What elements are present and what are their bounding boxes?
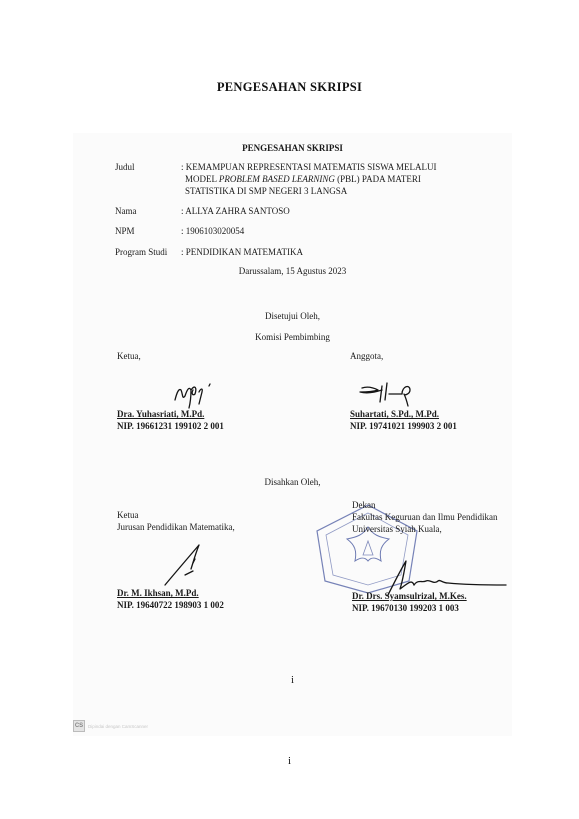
camscanner-logo-icon: CS <box>73 720 85 732</box>
committee: Komisi Pembimbing <box>73 332 512 342</box>
camscanner-watermark: CS Dipindai dengan CamScanner <box>73 720 148 732</box>
judul-pbl-rest: (PBL) PADA MATERI <box>335 174 421 184</box>
advisor-2-role: Anggota, <box>350 351 383 361</box>
ratifier-1-role-line2: Jurusan Pendidikan Matematika, <box>117 522 235 532</box>
field-value-judul-line2: MODEL PROBLEM BASED LEARNING (PBL) PADA … <box>185 174 421 184</box>
ratifier-2-role-line3: Universitas Syiah Kuala, <box>352 524 442 534</box>
inner-page-number: i <box>73 674 512 686</box>
field-label-program-studi: Program Studi <box>115 247 167 257</box>
advisor-1-nip: NIP. 19661231 199102 2 001 <box>117 421 224 431</box>
camscanner-text: Dipindai dengan CamScanner <box>88 724 148 729</box>
advisor-2-nip: NIP. 19741021 199903 2 001 <box>350 421 457 431</box>
field-label-npm: NPM <box>115 226 135 236</box>
scan-heading: PENGESAHAN SKRIPSI <box>73 143 512 153</box>
approved-by: Disetujui Oleh, <box>73 311 512 321</box>
ratifier-2-role-line1: Dekan <box>352 500 376 510</box>
advisor-1-role: Ketua, <box>117 351 141 361</box>
ratifier-2-nip: NIP. 19670130 199203 1 003 <box>352 603 459 613</box>
ratifier-1-role-line1: Ketua <box>117 510 139 520</box>
page-number: i <box>0 755 579 767</box>
field-value-program-studi: : PENDIDIKAN MATEMATIKA <box>181 247 303 257</box>
signature-advisor-2 <box>358 380 418 410</box>
advisor-1-name: Dra. Yuhasriati, M.Pd. <box>117 409 204 419</box>
page-heading: PENGESAHAN SKRIPSI <box>0 80 579 95</box>
ratifier-2-name: Dr. Drs. Syamsulrizal, M.Kes. <box>352 591 467 601</box>
judul-model: MODEL <box>185 174 219 184</box>
field-value-npm: : 1906103020054 <box>181 226 244 236</box>
signature-ratifier-1 <box>163 543 213 588</box>
field-label-judul: Judul <box>115 162 135 172</box>
field-value-judul-line1: : KEMAMPUAN REPRESENTASI MATEMATIS SISWA… <box>181 162 437 172</box>
ratifier-2-role-line2: Fakultas Keguruan dan Ilmu Pendidikan <box>352 512 497 522</box>
ratifier-1-name: Dr. M. Ikhsan, M.Pd. <box>117 588 199 598</box>
field-value-nama: : ALLYA ZAHRA SANTOSO <box>181 206 290 216</box>
judul-pbl-italic: PROBLEM BASED LEARNING <box>219 174 335 184</box>
field-value-judul-line3: STATISTIKA DI SMP NEGERI 3 LANGSA <box>185 186 347 196</box>
advisor-2-name: Suhartati, S.Pd., M.Pd. <box>350 409 439 419</box>
ratified-by: Disahkan Oleh, <box>73 477 512 487</box>
place-date: Darussalam, 15 Agustus 2023 <box>73 266 512 276</box>
field-label-nama: Nama <box>115 206 137 216</box>
ratifier-1-nip: NIP. 19640722 198903 1 002 <box>117 600 224 610</box>
scanned-approval-sheet: PENGESAHAN SKRIPSI Judul : KEMAMPUAN REP… <box>73 133 512 736</box>
signature-advisor-1 <box>173 378 223 408</box>
